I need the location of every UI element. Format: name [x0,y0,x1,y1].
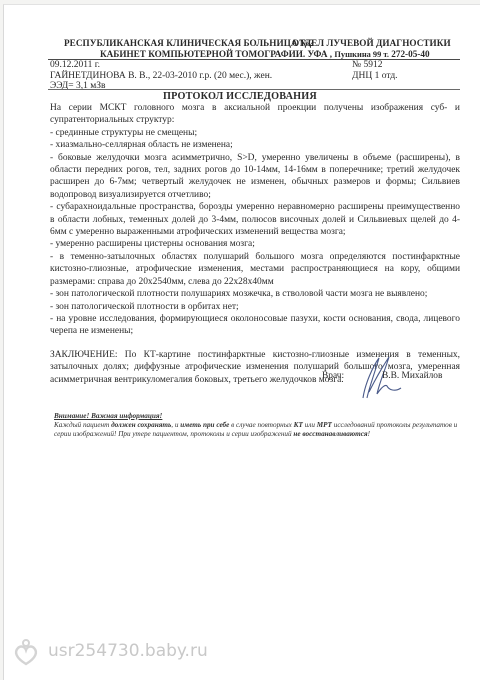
notice-emphasis: должен сохранять [111,421,171,429]
notice-text: в случае повторных [229,421,293,429]
baby-logo-icon [12,638,40,666]
ward: ДНЦ 1 отд. [352,71,398,81]
intro-text: На серии МСКТ головного мозга в аксиальн… [50,102,460,127]
notice-emphasis: не восстанавливаются [293,430,367,438]
notice-emphasis: КТ [294,421,303,429]
address: Пушкина 99 т. [334,50,389,59]
finding-item: - боковые желудочки мозга асимметрично, … [50,152,460,202]
notice-emphasis: иметь при себе [180,421,229,429]
finding-item: - зон патологической плотности в орбитах… [50,301,460,313]
finding-item: - хиазмально-селлярная область не измене… [50,139,460,151]
doctor-label: Врач: [322,371,344,381]
finding-item: - срединные структуры не смещены; [50,127,460,139]
notice-text: или [303,421,317,429]
meta-divider [48,89,460,90]
notice-text: , и [171,421,180,429]
watermark-text: usr254730.baby.ru [48,641,208,661]
finding-item: - умеренно расширены цистерны основания … [50,238,460,250]
notice-emphasis: МРТ [317,421,332,429]
finding-item: - в теменно-затылочных областях полушари… [50,251,460,288]
department-name: ОТДЕЛ ЛУЧЕВОЙ ДИАГНОСТИКИ [292,38,451,48]
cabinet-name: КАБИНЕТ КОМПЬЮТЕРНОЙ ТОМОГРАФИИ. УФА , [100,49,332,59]
phone: 272-05-40 [391,49,429,59]
exam-date: 09.12.2011 г. [50,60,100,70]
header-divider [48,59,460,60]
finding-item: - субарахноидальные пространства, борозд… [50,201,460,238]
document-title: ПРОТОКОЛ ИССЛЕДОВАНИЯ [0,91,480,102]
notice-text: ! [368,430,370,438]
hospital-name: РЕСПУБЛИКАНСКАЯ КЛИНИЧЕСКАЯ БОЛЬНИЦА №2 [64,38,314,48]
notice-text: Каждый пациент [54,421,111,429]
finding-item: - на уровне исследования, формирующиеся … [50,313,460,338]
protocol-number: № 5912 [352,60,382,70]
protocol-body: На серии МСКТ головного мозга в аксиальн… [50,102,460,386]
notice-heading: Внимание! Важная информация! [54,412,466,421]
letterhead-line-2: КАБИНЕТ КОМПЬЮТЕРНОЙ ТОМОГРАФИИ. УФА , П… [100,49,430,59]
patient-info: ГАЙНЕТДИНОВА В. В., 22-03-2010 г.р. (20 … [50,71,272,81]
important-notice: Внимание! Важная информация! Каждый паци… [54,412,466,440]
signature-block: Врач: В.В. Михайлов [322,371,344,381]
finding-item: - зон патологической плотности полушария… [50,288,460,300]
doctor-name: В.В. Михайлов [382,371,442,381]
